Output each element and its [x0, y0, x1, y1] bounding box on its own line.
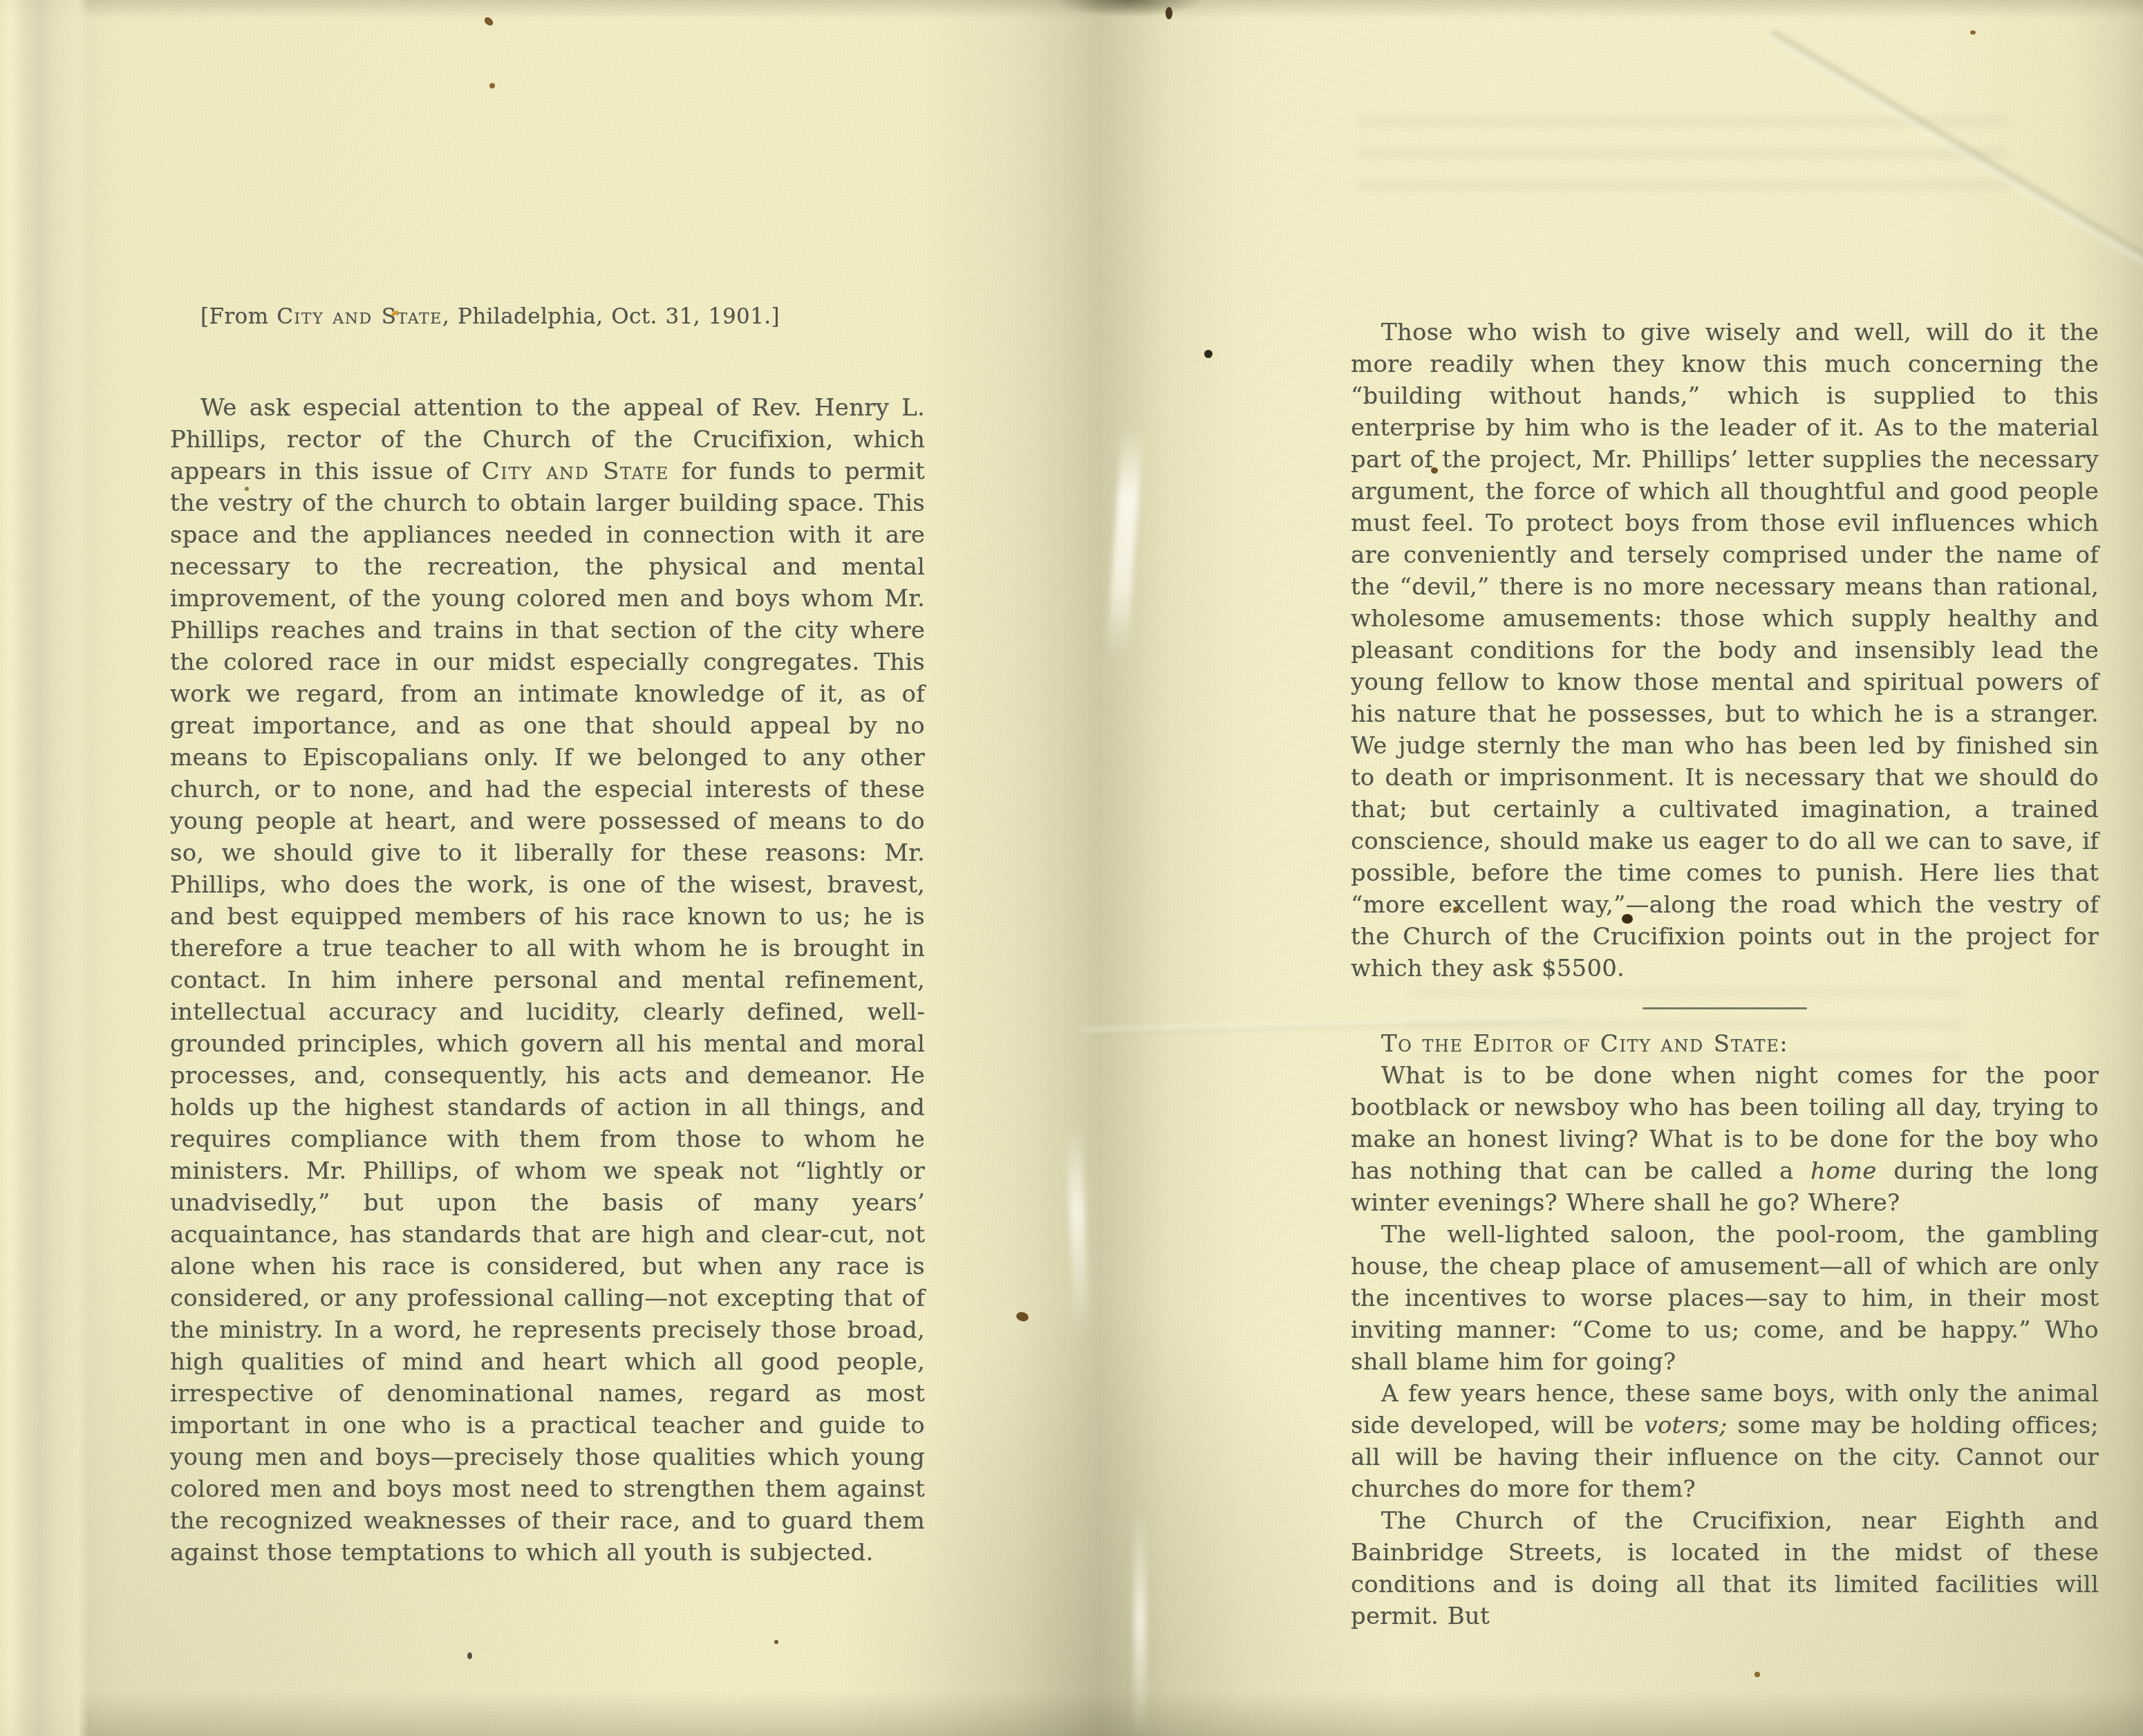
foxing-speck	[483, 16, 494, 28]
right-page: Those who wish to give wisely and well, …	[1351, 317, 2099, 1632]
gutter-tear	[1107, 428, 1143, 657]
foxing-speck	[1754, 1672, 1760, 1677]
foxing-speck	[774, 1640, 778, 1644]
letter-paragraph: The Church of the Crucifixion, near Eigh…	[1351, 1505, 2099, 1632]
foxing-speck	[489, 83, 495, 88]
appeal-paragraph: Those who wish to give wisely and well, …	[1351, 317, 2099, 984]
editorial-paragraph: We ask especial attention to the appeal …	[170, 392, 925, 1569]
foxing-speck	[467, 1652, 472, 1659]
foxing-speck	[1970, 30, 1976, 35]
section-divider-rule	[1643, 1007, 1807, 1009]
letter-paragraph: A few years hence, these same boys, with…	[1351, 1378, 2099, 1505]
gutter-tear	[1067, 1127, 1089, 1335]
page-edge-curl	[0, 0, 88, 1736]
gutter-tear	[1134, 1507, 1146, 1735]
left-page: [From City and State, Philadelphia, Oct.…	[170, 302, 925, 1569]
letter-paragraph: The well-lighted saloon, the pool-room, …	[1351, 1219, 2099, 1378]
foxing-speck	[1166, 7, 1172, 19]
foxing-speck	[1016, 1311, 1030, 1323]
source-citation: [From City and State, Philadelphia, Oct.…	[170, 302, 925, 331]
ink-showthrough	[1358, 116, 2008, 205]
foxing-speck	[1204, 350, 1213, 358]
gutter-shadow-notch	[1056, 0, 1201, 17]
letter-paragraph: What is to be done when night comes for …	[1351, 1060, 2099, 1219]
letter-salutation: To the Editor of City and State:	[1351, 1028, 2099, 1060]
book-scan: [From City and State, Philadelphia, Oct.…	[0, 0, 2143, 1736]
fold-crease	[1767, 28, 2143, 273]
